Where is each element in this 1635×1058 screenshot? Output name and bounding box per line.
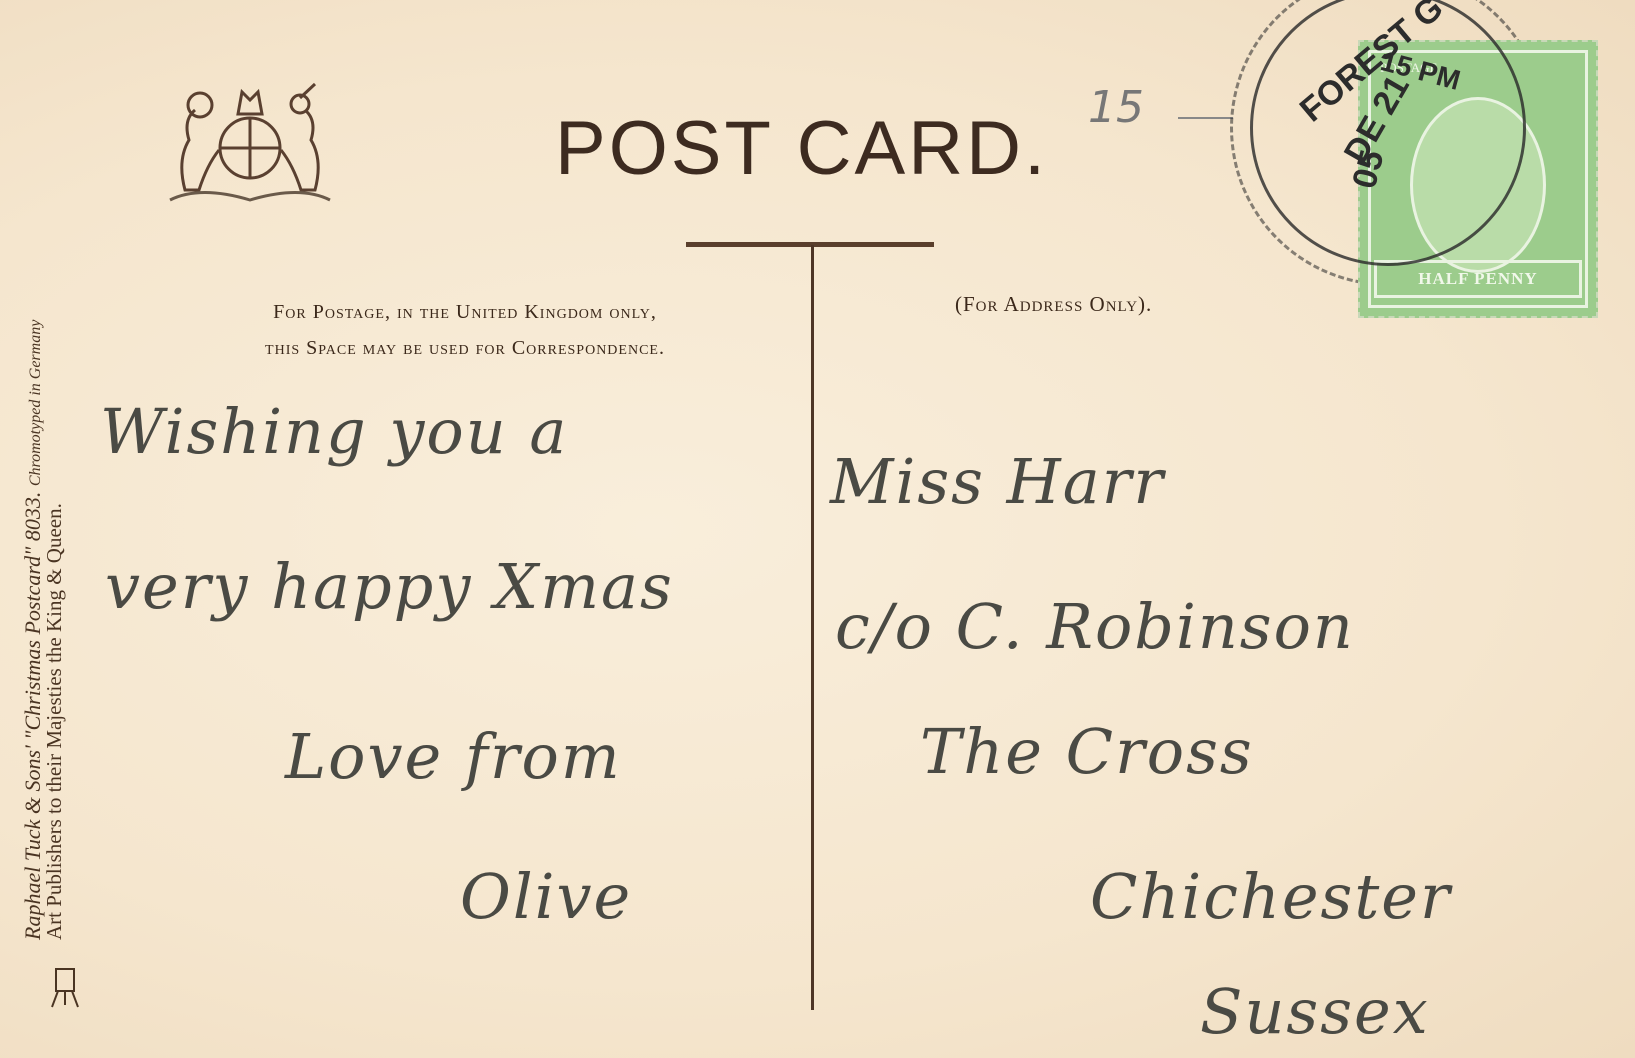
postcard-back: POST CARD. 15 Raphael Tuck & Sons' "Chri… — [0, 0, 1635, 1058]
chromotyped-note: Chromotyped in Germany — [27, 320, 44, 487]
address-line-2: c/o C. Robinson — [835, 590, 1355, 663]
message-line-3: Love from — [285, 720, 622, 793]
address-line-3: The Cross — [920, 715, 1254, 788]
royal-coat-of-arms-icon — [160, 70, 340, 220]
message-line-1: Wishing you a — [100, 395, 568, 468]
divider-vertical — [811, 245, 814, 1010]
message-line-2: very happy Xmas — [105, 550, 674, 623]
correspondence-line-2: this Space may be used for Correspondenc… — [140, 330, 790, 366]
correspondence-line-1: For Postage, in the United Kingdom only, — [140, 294, 790, 330]
tuck-easel-logo-icon — [48, 965, 82, 1009]
correspondence-notice: For Postage, in the United Kingdom only,… — [140, 294, 790, 366]
address-line-4: Chichester — [1090, 860, 1452, 933]
pencil-dash — [1178, 117, 1233, 119]
publisher-imprint: Raphael Tuck & Sons' "Christmas Postcard… — [20, 320, 67, 940]
message-signature: Olive — [460, 860, 632, 933]
postcard-title: POST CARD. — [555, 105, 1048, 192]
address-label: (For Address Only). — [955, 292, 1152, 317]
address-line-1: Miss Harr — [830, 445, 1165, 518]
stamp-label: HALF PENNY — [1374, 260, 1582, 298]
pencil-note: 15 — [1088, 82, 1144, 133]
divider-top-bar — [686, 242, 934, 247]
address-line-5: Sussex — [1200, 975, 1430, 1048]
